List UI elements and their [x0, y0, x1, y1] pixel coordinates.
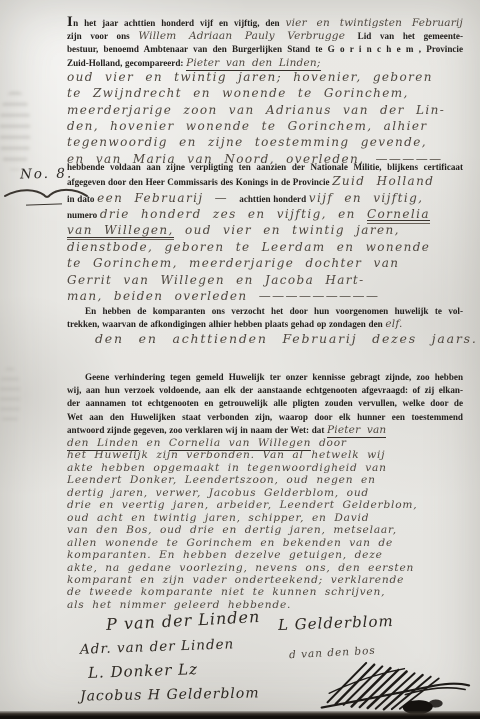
document-line: te Gorinchem, meerderjarige dochter van [67, 256, 463, 272]
handwritten-text: tegenwoordig en zijne toestemming gevend… [67, 135, 427, 149]
printed-text: Geene verhindering tegen gemeld Huwelijk… [85, 372, 463, 382]
handwritten-text: te Gorinchem, meerderjarige dochter van [67, 256, 399, 270]
document-line: Geene verhindering tegen gemeld Huwelijk… [67, 371, 463, 384]
document-line: trekken, waarvan de afkondigingen alhier… [67, 318, 463, 331]
document-line: meerderjarige zoon van Adrianus van der … [67, 103, 463, 119]
handwritten-text: een Februarij — [97, 191, 239, 205]
printed-text: Zuid-Holland, gecompareerd: [67, 58, 186, 68]
bleedthrough-smudge [0, 92, 30, 170]
document-line: afgegeven door den Heer Commissaris des … [67, 174, 463, 190]
document-line: oud vier en twintig jaren; hovenier, geb… [67, 70, 463, 86]
printed-text: wij, aan hun verzoek voldoende, aan elk … [67, 385, 463, 395]
handwritten-text: oud vier en twintig jaren; hovenier, geb… [67, 70, 433, 84]
paragraph-huwelijksverklaring: Geene verhindering tegen gemeld Huwelijk… [67, 371, 463, 611]
handwritten-text: van Willegen, [67, 223, 174, 240]
paragraph-nationale-militie: hebbende voldaan aan zijne verpligting t… [67, 161, 463, 305]
handwritten-text: den, hovenier wonende te Gorinchem, alhi… [67, 119, 427, 133]
document-line: Gerrit van Willegen en Jacoba Hart- [67, 273, 463, 289]
scan-bottom-edge [0, 711, 480, 719]
document-line: antwoord zijnde gegeven, zoo verklaren w… [67, 424, 463, 437]
handwritten-text: de tweede komparante niet te kunnen schr… [67, 586, 385, 598]
printed-text: hebbende voldaan aan zijne verpligting t… [67, 162, 463, 172]
document-line: Wet aan den Huwelijken staat verbonden z… [67, 411, 463, 424]
handwritten-text: akte, na gedane voorlezing, nevens ons, … [67, 562, 414, 574]
handwritten-text: akte hebben opgemaakt in tegenwoordighei… [67, 462, 387, 474]
document-line: de tweede komparante niet te kunnen schr… [67, 586, 463, 598]
printed-text: afgegeven door den Heer Commissaris des … [67, 177, 332, 187]
handwritten-text: drie en veertig jaren, arbeider, Leender… [67, 499, 417, 511]
handwritten-text: komparanten. En hebben dezelve getuigen,… [67, 549, 383, 561]
handwritten-text: vijf en vijftig, [309, 191, 424, 205]
document-line: akte hebben opgemaakt in tegenwoordighei… [67, 462, 463, 474]
document-line: den, hovenier wonende te Gorinchem, alhi… [67, 119, 463, 135]
document-line: der aannamen tot echtgenooten en getrouw… [67, 397, 463, 410]
printed-text: n het jaar achttien honderd vijf en vijf… [73, 18, 285, 28]
printed-text: zijn voor ons [67, 31, 138, 41]
document-line: te Zwijndrecht en wonende te Gorinchem, [67, 86, 463, 102]
document-line: dertig jaren, verwer, Jacobus Gelderblom… [67, 487, 463, 499]
handwritten-text: het Huwelijk zijn verbonden. Van al hetw… [67, 449, 385, 461]
document-line: als het nimmer geleerd hebbende. [67, 599, 463, 611]
handwritten-text: Willem Adriaan Pauly Verbrugge [138, 30, 357, 42]
document-line: bestuur, benoemd Ambtenaar van den Burge… [67, 43, 463, 56]
document-line: den en achttienden Februarij dezes jaars… [67, 331, 463, 348]
handwritten-text: Gerrit van Willegen en Jacoba Hart- [67, 273, 365, 287]
signature-witness-j-gelderblom: Jacobus H Gelderblom [80, 685, 260, 704]
scanned-marriage-record: No. 8. In het jaar achttien honderd vijf… [0, 0, 480, 719]
handwritten-text: meerderjarige zoon van Adrianus van der … [67, 103, 445, 117]
signature-witness-donker: L. Donker Lz [88, 660, 199, 682]
document-line: oud acht en twintig jaren, schipper, en … [67, 512, 463, 524]
handwritten-text: komparant en zijn vader onderteekend; ve… [67, 574, 404, 586]
printed-text: achttien honderd [239, 194, 309, 204]
document-line: wij, aan hun verzoek voldoende, aan elk … [67, 384, 463, 397]
document-line: van den Bos, oud drie en dertig jaren, m… [67, 524, 463, 536]
paragraph-opening: In het jaar achttien honderd vijf en vij… [67, 16, 463, 168]
handwritten-text: en [139, 437, 169, 449]
document-line: in dato een Februarij — achttien honderd… [67, 191, 463, 207]
handwritten-text: dertig jaren, verwer, Jacobus Gelderblom… [67, 487, 369, 499]
printed-text: numero [67, 210, 100, 220]
document-line: van Willegen, oud vier en twintig jaren, [67, 223, 463, 239]
handwritten-text: Pieter van [327, 424, 386, 438]
printed-text: der aannamen tot echtgenooten en getrouw… [67, 398, 463, 408]
printed-text: Wet aan den Huwelijken staat verbonden z… [67, 412, 463, 422]
paragraph-afkondigingen: En hebben de komparanten ons verzocht he… [67, 305, 463, 349]
handwritten-text: te Zwijndrecht en wonende te Gorinchem, [67, 86, 409, 100]
handwritten-text: den en achttienden Februarij dezes jaars… [95, 331, 478, 346]
margin-dash [26, 203, 62, 205]
handwritten-text: oud acht en twintig jaren, schipper, en … [67, 512, 369, 524]
printed-text: antwoord zijnde gegeven, zoo verklaren w… [67, 425, 327, 435]
document-line: komparanten. En hebben dezelve getuigen,… [67, 549, 463, 561]
bleedthrough-smudge [0, 368, 20, 426]
document-line: zijn voor ons Willem Adriaan Pauly Verbr… [67, 30, 463, 43]
document-line: In het jaar achttien honderd vijf en vij… [67, 16, 463, 30]
document-line: Zuid-Holland, gecompareerd: Pieter van d… [67, 57, 463, 70]
handwritten-text: Pieter van den Linden; [186, 57, 320, 71]
handwritten-text: van den Bos, oud drie en dertig jaren, m… [67, 524, 397, 536]
official-signature-scribble [314, 652, 474, 719]
handwritten-text: oud vier en twintig jaren, [174, 223, 400, 237]
document-line: allen wonende te Gorinchem en bekenden v… [67, 537, 463, 549]
printed-text: trekken, waarvan de afkondigingen alhier… [67, 319, 385, 329]
handwritten-text: Cornelia [367, 207, 430, 224]
printed-text: bestuur, benoemd Ambtenaar van den Burge… [67, 44, 463, 54]
document-line: drie en veertig jaren, arbeider, Leender… [67, 499, 463, 511]
document-line: hebbende voldaan aan zijne verpligting t… [67, 161, 463, 174]
document-line: akte, na gedane voorlezing, nevens ons, … [67, 562, 463, 574]
document-line: tegenwoordig en zijne toestemming gevend… [67, 135, 463, 151]
document-line: En hebben de komparanten ons verzocht he… [67, 305, 463, 318]
document-line: het Huwelijk zijn verbonden. Van al hetw… [67, 449, 463, 461]
document-line: man, beiden overleden ————————— [67, 289, 463, 305]
handwritten-text: Leendert Donker, Leendertszoon, oud nege… [67, 474, 376, 486]
document-line: komparant en zijn vader onderteekend; ve… [67, 574, 463, 586]
handwritten-text: door [311, 437, 346, 449]
signature-father: Adr. van der Linden [80, 636, 235, 657]
handwritten-text: elf. [385, 318, 402, 330]
printed-text: in dato [67, 194, 97, 204]
document-line: numero drie honderd zes en vijftig, en C… [67, 207, 463, 223]
printed-text: Lid van het gemeente- [358, 31, 463, 41]
printed-text: En hebben de komparanten ons verzocht he… [85, 306, 463, 316]
record-number: No. 8. [20, 166, 73, 183]
handwritten-text: man, beiden overleden ————————— [67, 289, 379, 303]
handwritten-text: allen wonende te Gorinchem en bekenden v… [67, 537, 393, 549]
handwritten-text: vier en twintigsten Februarij [285, 17, 463, 29]
handwritten-text: dienstbode, geboren te Leerdam en wonend… [67, 240, 430, 254]
handwritten-text: drie honderd zes en vijftig, en [100, 207, 367, 221]
signature-witness-l-gelderblom: L Gelderblom [278, 612, 394, 634]
document-line: Leendert Donker, Leendertszoon, oud nege… [67, 474, 463, 486]
document-line: den Linden en Cornelia van Willegen door [67, 437, 463, 449]
document-line: dienstbode, geboren te Leerdam en wonend… [67, 240, 463, 256]
handwritten-text: Zuid Holland [332, 174, 434, 188]
